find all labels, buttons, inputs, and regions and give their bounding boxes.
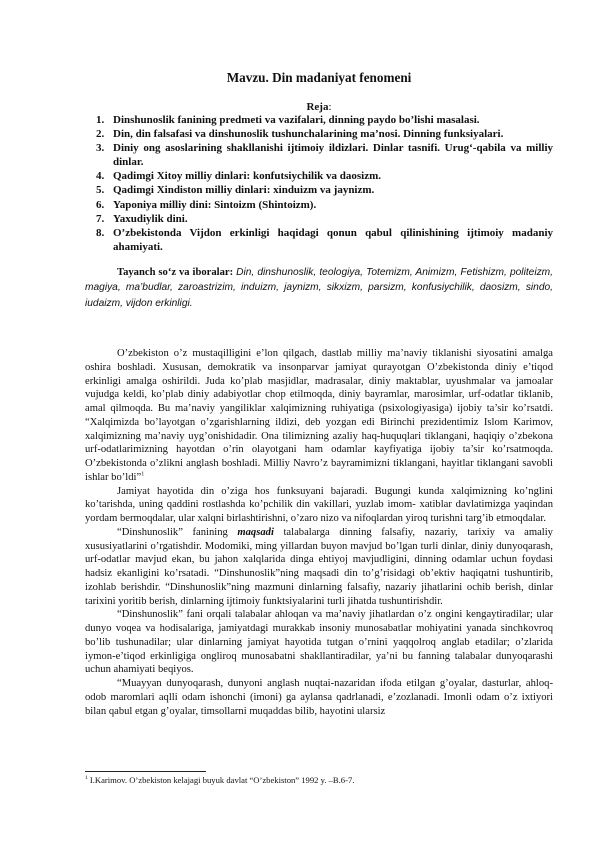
plan-item-text: Yaxudiylik dini. <box>113 213 188 225</box>
paragraph-text: O’zbekiston o’z mustaqilligini e’lon qil… <box>85 348 553 483</box>
plan-item-number: 5. <box>96 183 104 197</box>
paragraph-text: “Dinshunoslik” fani orqali talabalar ahl… <box>85 609 553 675</box>
plan-item: 6.Yaponiya milliy dini: Sintoizm (Shinto… <box>85 198 553 212</box>
plan-item: 4.Qadimgi Xitoy milliy dinlari: konfutsi… <box>85 169 553 183</box>
paragraph: O’zbekiston o’z mustaqilligini e’lon qil… <box>85 347 553 485</box>
footnote-text: I.Karimov. O’zbekiston kelajagi buyuk da… <box>88 775 355 785</box>
plan-item-number: 8. <box>96 226 104 240</box>
plan-item-text: O’zbekistonda Vijdon erkinligi haqidagi … <box>113 227 553 253</box>
plan-item-text: Yaponiya milliy dini: Sintoizm (Shintoiz… <box>113 199 316 211</box>
plan-item-number: 3. <box>96 141 104 155</box>
paragraph-text: talabalarga dinning falsafiy, nazariy, t… <box>85 527 553 607</box>
plan-item: 2.Din, din falsafasi va dinshunoslik tus… <box>85 127 553 141</box>
plan-item-text: Diniy ong asoslarining shakllanishi ijti… <box>113 142 553 168</box>
keywords-block: Tayanch so‘z va iboralar: Din, dinshunos… <box>85 265 553 311</box>
paragraph: Jamiyat hayotida din o’ziga hos funksuya… <box>85 485 553 526</box>
plan-item: 8.O’zbekistonda Vijdon erkinligi haqidag… <box>85 226 553 254</box>
plan-item-number: 2. <box>96 127 104 141</box>
plan-list: 1.Dinshunoslik fanining predmeti va vazi… <box>85 113 553 254</box>
plan-item-text: Dinshunoslik fanining predmeti va vazifa… <box>113 114 480 126</box>
document-title: Mavzu. Din madaniyat fenomeni <box>85 70 553 86</box>
paragraph: “Dinshunoslik” fanining maqsadi talabala… <box>85 526 553 609</box>
plan-item-number: 7. <box>96 212 104 226</box>
footnote: 1 I.Karimov. O’zbekiston kelajagi buyuk … <box>85 775 354 785</box>
plan-item: 3.Diniy ong asoslarining shakllanishi ij… <box>85 141 553 169</box>
keywords-label: Tayanch so‘z va iboralar: <box>117 267 233 278</box>
paragraph-text: Jamiyat hayotida din o’ziga hos funksuya… <box>85 486 553 525</box>
paragraph-text: “Muayyan dunyoqarash, dunyoni anglash nu… <box>85 678 553 717</box>
plan-heading-colon: : <box>328 101 331 113</box>
plan-item: 7.Yaxudiylik dini. <box>85 212 553 226</box>
paragraph: “Muayyan dunyoqarash, dunyoni anglash nu… <box>85 677 553 718</box>
plan-item-text: Qadimgi Xitoy milliy dinlari: konfutsiyc… <box>113 170 381 182</box>
plan-item-text: Din, din falsafasi va dinshunoslik tushu… <box>113 128 503 140</box>
paragraph: “Dinshunoslik” fani orqali talabalar ahl… <box>85 608 553 677</box>
footnote-ref: 1 <box>141 471 144 477</box>
plan-item-text: Qadimgi Xindiston milliy dinlari: xindui… <box>113 184 374 196</box>
plan-item: 1.Dinshunoslik fanining predmeti va vazi… <box>85 113 553 127</box>
body-text: O’zbekiston o’z mustaqilligini e’lon qil… <box>85 347 553 718</box>
plan-heading: Reja: <box>85 101 553 113</box>
plan-item-number: 1. <box>96 113 104 127</box>
footnote-separator <box>85 771 206 772</box>
plan-heading-text: Reja <box>306 101 328 113</box>
plan-item: 5.Qadimgi Xindiston milliy dinlari: xind… <box>85 183 553 197</box>
plan-item-number: 6. <box>96 198 104 212</box>
plan-item-number: 4. <box>96 169 104 183</box>
emphasis-term: maqsadi <box>237 527 274 538</box>
paragraph-text: “Dinshunoslik” fanining <box>117 527 237 538</box>
